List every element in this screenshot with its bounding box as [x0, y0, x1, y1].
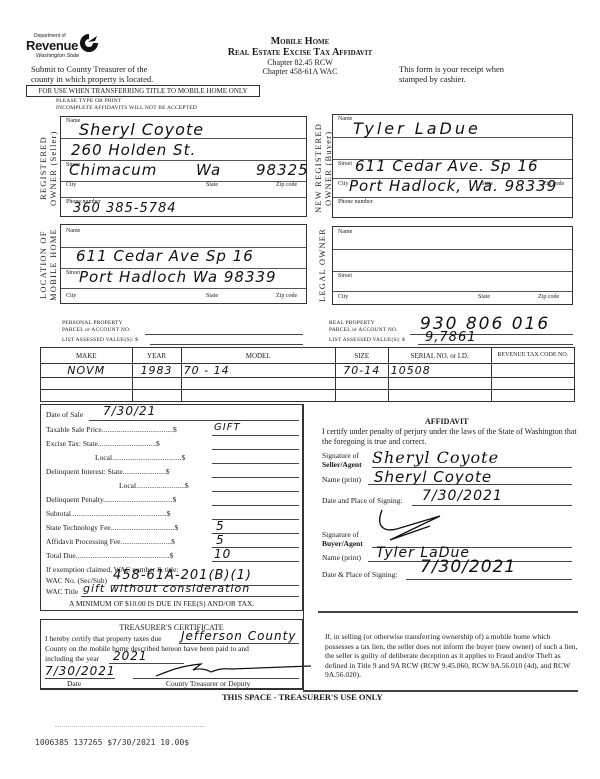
location-zip-label: Zip code [276, 293, 297, 299]
cell-size[interactable] [335, 378, 388, 390]
cell-size[interactable] [335, 390, 388, 402]
cell-year[interactable] [132, 390, 181, 402]
wac-title-label: WAC Title [46, 587, 78, 596]
header-model: MODEL [181, 348, 335, 364]
affidavit-statement: I certify under penalty of perjury under… [322, 427, 577, 447]
cell-size[interactable]: 70-14 [335, 364, 388, 378]
header-make: MAKE [41, 348, 133, 364]
receipt-note: This form is your receipt when stamped b… [399, 64, 504, 84]
location-city-label: City [66, 293, 76, 299]
affidavit-box [303, 404, 304, 611]
location-street-label: Street [66, 270, 80, 276]
seller-state-value[interactable]: Wa [196, 161, 221, 179]
cell-tax-code[interactable] [491, 390, 574, 402]
revenue-swoosh-icon [79, 33, 99, 53]
logo-name: Revenue [26, 38, 78, 53]
header-tax-code: REVENUE TAX CODE NO. [491, 348, 574, 364]
fee-delinquent-state: Delinquent Interest: State..............… [46, 467, 170, 476]
receipt-stamp: 1006385 137265 $7/30/2021 10.00$ [35, 738, 189, 747]
chapter-rcw: Chapter 82.45 RCW [190, 58, 410, 67]
title-line-1: Mobile Home [190, 36, 410, 47]
buyer-city-state-zip-value[interactable]: Port Hadlock, Wa. 98339 [349, 177, 557, 195]
personal-assessed-line[interactable] [150, 344, 303, 345]
minimum-note: A MINIMUM OF $10.00 IS DUE IN FEE(S) AND… [69, 599, 254, 608]
fee-excise-local: Local...................................… [95, 453, 185, 462]
treasurer-use-only: THIS SPACE - TREASURER'S USE ONLY [222, 692, 383, 702]
legal-owner-section-label: LEGAL OWNER [317, 225, 327, 305]
real-parcel-label: REAL PROPERTY PARCEL or ACCOUNT NO. [329, 320, 398, 334]
legal-zip-label: Zip code [538, 294, 559, 300]
cell-year[interactable] [132, 378, 181, 390]
treasurer-certificate-box: TREASURER'S CERTIFICATE I hereby certify… [40, 619, 303, 690]
header-size: SIZE [335, 348, 388, 364]
submit-line-2: county in which property is located. [31, 74, 153, 84]
banner-text: FOR USE WHEN TRANSFERRING TITLE TO MOBIL… [38, 87, 247, 95]
fee-subtotal: Subtotal................................… [46, 509, 170, 518]
total-due-value[interactable]: 10 [214, 547, 231, 561]
buyer-signature-scribble[interactable] [370, 508, 450, 548]
buyer-date-label: Date & Place of Signing: [322, 570, 397, 579]
personal-parcel-line[interactable] [145, 334, 303, 335]
seller-date-label: Date and Place of Signing: [322, 496, 402, 505]
fee-state-technology: State Technology Fee....................… [46, 523, 301, 532]
treasurer-year-value[interactable]: 2021 [113, 649, 148, 663]
buyer-city-label: City [338, 181, 348, 187]
cell-serial[interactable]: 10508 [388, 364, 491, 378]
cell-serial[interactable] [388, 390, 491, 402]
location-city-state-zip-value[interactable]: Port Hadloch Wa 98339 [79, 268, 277, 286]
wac-title-value[interactable]: gift without consideration [83, 582, 250, 595]
page-title: Mobile Home Real Estate Excise Tax Affid… [190, 36, 410, 76]
seller-section-label: REGISTEREDOWNER (Seller) [38, 118, 58, 218]
fee-taxable-sale-price: Taxable Sale Price......................… [46, 425, 301, 434]
location-box: Name 611 Cedar Ave Sp 16 Street Port Had… [60, 224, 307, 304]
seller-city-label: City [66, 182, 76, 188]
incomplete-note: INCOMPLETE AFFIDAVITS WILL NOT BE ACCEPT… [56, 105, 197, 111]
header-serial: SERIAL NO. or I.D. [388, 348, 491, 364]
treasurer-signature-scribble[interactable] [151, 660, 311, 680]
mobile-home-table: MAKE YEAR MODEL SIZE SERIAL NO. or I.D. … [40, 347, 575, 402]
buyer-name-label: Name [338, 116, 352, 122]
seller-city-value[interactable]: Chimacum [69, 161, 157, 179]
seller-zip-value[interactable]: 98325 [256, 161, 309, 179]
legal-street-label: Street [338, 273, 352, 279]
seller-state-label: State [206, 182, 218, 188]
cell-serial[interactable] [388, 378, 491, 390]
seller-phone-value[interactable]: 360 385-5784 [73, 201, 177, 216]
submit-instructions: Submit to County Treasurer of the county… [31, 64, 153, 84]
buyer-date-value[interactable]: 7/30/2021 [420, 557, 516, 577]
seller-zip-label: Zip code [276, 182, 297, 188]
legal-city-label: City [338, 294, 348, 300]
seller-signature-label: Signature of Seller/Agent [322, 451, 362, 469]
cell-make[interactable] [41, 390, 133, 402]
lien-notice-box [303, 611, 304, 690]
affidavit-processing-fee-value[interactable]: 5 [216, 533, 225, 547]
lien-notice-text: If, in selling (or otherwise transferrin… [325, 632, 580, 680]
seller-signature[interactable]: Sheryl Coyote [372, 448, 499, 467]
buyer-signature-label: Signature of Buyer/Agent [322, 530, 363, 548]
treasurer-line1: I hereby certify that property taxes due [45, 634, 162, 643]
header-year: YEAR [132, 348, 181, 364]
revenue-logo: Department of Revenue Washington State [26, 33, 106, 63]
cell-tax-code[interactable] [491, 364, 574, 378]
cell-make[interactable] [41, 378, 133, 390]
buyer-phone-label: Phone number [338, 199, 373, 205]
buyer-box: Name Tyler LaDue Street 611 Cedar Ave. S… [332, 114, 573, 218]
date-of-sale-value[interactable]: 7/30/21 [103, 404, 156, 418]
taxable-sale-price-value[interactable]: GIFT [214, 422, 241, 433]
date-of-sale-label: Date of Sale [46, 410, 83, 419]
buyer-street-value[interactable]: 611 Cedar Ave. Sp 16 [355, 157, 539, 175]
submit-line-1: Submit to County Treasurer of the [31, 64, 153, 74]
seller-date-value[interactable]: 7/30/2021 [422, 488, 503, 504]
buyer-street-label: Street [338, 161, 352, 167]
personal-assessed-label: LIST ASSESSED VALUE(S): $ [62, 337, 138, 343]
personal-parcel-label: PERSONAL PROPERTY PARCEL or ACCOUNT NO. [62, 320, 131, 334]
treasurer-line3: including the year [45, 654, 99, 663]
state-technology-fee-value[interactable]: 5 [216, 519, 225, 533]
real-assessed-label: LIST ASSESSED VALUE(S): $ [329, 337, 405, 343]
wac-no-value[interactable]: 458-61A-201(B)(1) [113, 568, 252, 583]
buyer-name-value[interactable]: Tyler LaDue [353, 119, 481, 138]
cell-tax-code[interactable] [491, 378, 574, 390]
fee-total-due: Total Due...............................… [46, 551, 301, 560]
lien-notice-top-rule [318, 611, 578, 613]
legal-state-label: State [478, 294, 490, 300]
cell-model[interactable] [181, 390, 335, 402]
cell-make[interactable]: NOVM [41, 364, 133, 378]
fees-box: Date of Sale 7/30/21 Taxable Sale Price.… [40, 404, 303, 611]
receipt-line-1: This form is your receipt when [399, 64, 504, 74]
location-section-label: LOCATION OFMOBILE HOME [38, 225, 58, 305]
receipt-stamp-faded [55, 726, 205, 730]
cell-model[interactable]: 70 - 14 [181, 364, 335, 378]
buyer-name-print-label: Name (print) [322, 553, 361, 562]
fee-delinquent-local: Local..........................$ [119, 481, 189, 490]
chapter-wac: Chapter 458-61A WAC [190, 67, 410, 76]
real-assessed-line [418, 344, 573, 345]
table-header-row: MAKE YEAR MODEL SIZE SERIAL NO. or I.D. … [41, 348, 575, 364]
type-or-print-note: PLEASE TYPE OR PRINT [56, 98, 121, 104]
fee-affidavit-processing: Affidavit Processing Fee................… [46, 537, 301, 546]
cell-year[interactable]: 1983 [132, 364, 181, 378]
cell-model[interactable] [181, 378, 335, 390]
treasurer-signer-label: County Treasurer or Deputy [166, 679, 250, 688]
seller-box: Name Sheryl Coyote 260 Holden St. Street… [60, 116, 307, 217]
real-assessed-value[interactable]: 9,7861 [425, 330, 477, 345]
receipt-line-2: stamped by cashier. [399, 74, 504, 84]
location-name-label: Name [66, 228, 80, 234]
seller-address-value[interactable]: 260 Holden St. [71, 141, 196, 159]
affidavit-title: AFFIDAVIT [425, 417, 468, 426]
seller-name-print-label: Name (print) [322, 475, 361, 484]
fee-excise-state: Excise Tax: State.......................… [46, 439, 160, 448]
table-row [41, 390, 575, 402]
fee-delinquent-penalty: Delinquent Penalty......................… [46, 495, 176, 504]
legal-name-label: Name [338, 229, 352, 235]
logo-state: Washington State [36, 53, 79, 59]
table-row [41, 378, 575, 390]
treasurer-date-value[interactable]: 7/30/2021 [45, 664, 116, 678]
location-address-value[interactable]: 611 Cedar Ave Sp 16 [76, 247, 254, 265]
title-line-2: Real Estate Excise Tax Affidavit [190, 47, 410, 58]
buyer-section-label: NEW REGISTEREDOWNER (Buyer) [313, 118, 333, 218]
location-state-label: State [206, 293, 218, 299]
seller-name-value[interactable]: Sheryl Coyote [79, 120, 204, 139]
legal-owner-box: Name Street City State Zip code [332, 226, 573, 305]
transfer-banner: FOR USE WHEN TRANSFERRING TITLE TO MOBIL… [26, 85, 260, 97]
table-row: NOVM 1983 70 - 14 70-14 10508 [41, 364, 575, 378]
treasurer-date-label: Date [67, 679, 81, 688]
treasurer-county-value[interactable]: Jefferson County [181, 629, 296, 643]
